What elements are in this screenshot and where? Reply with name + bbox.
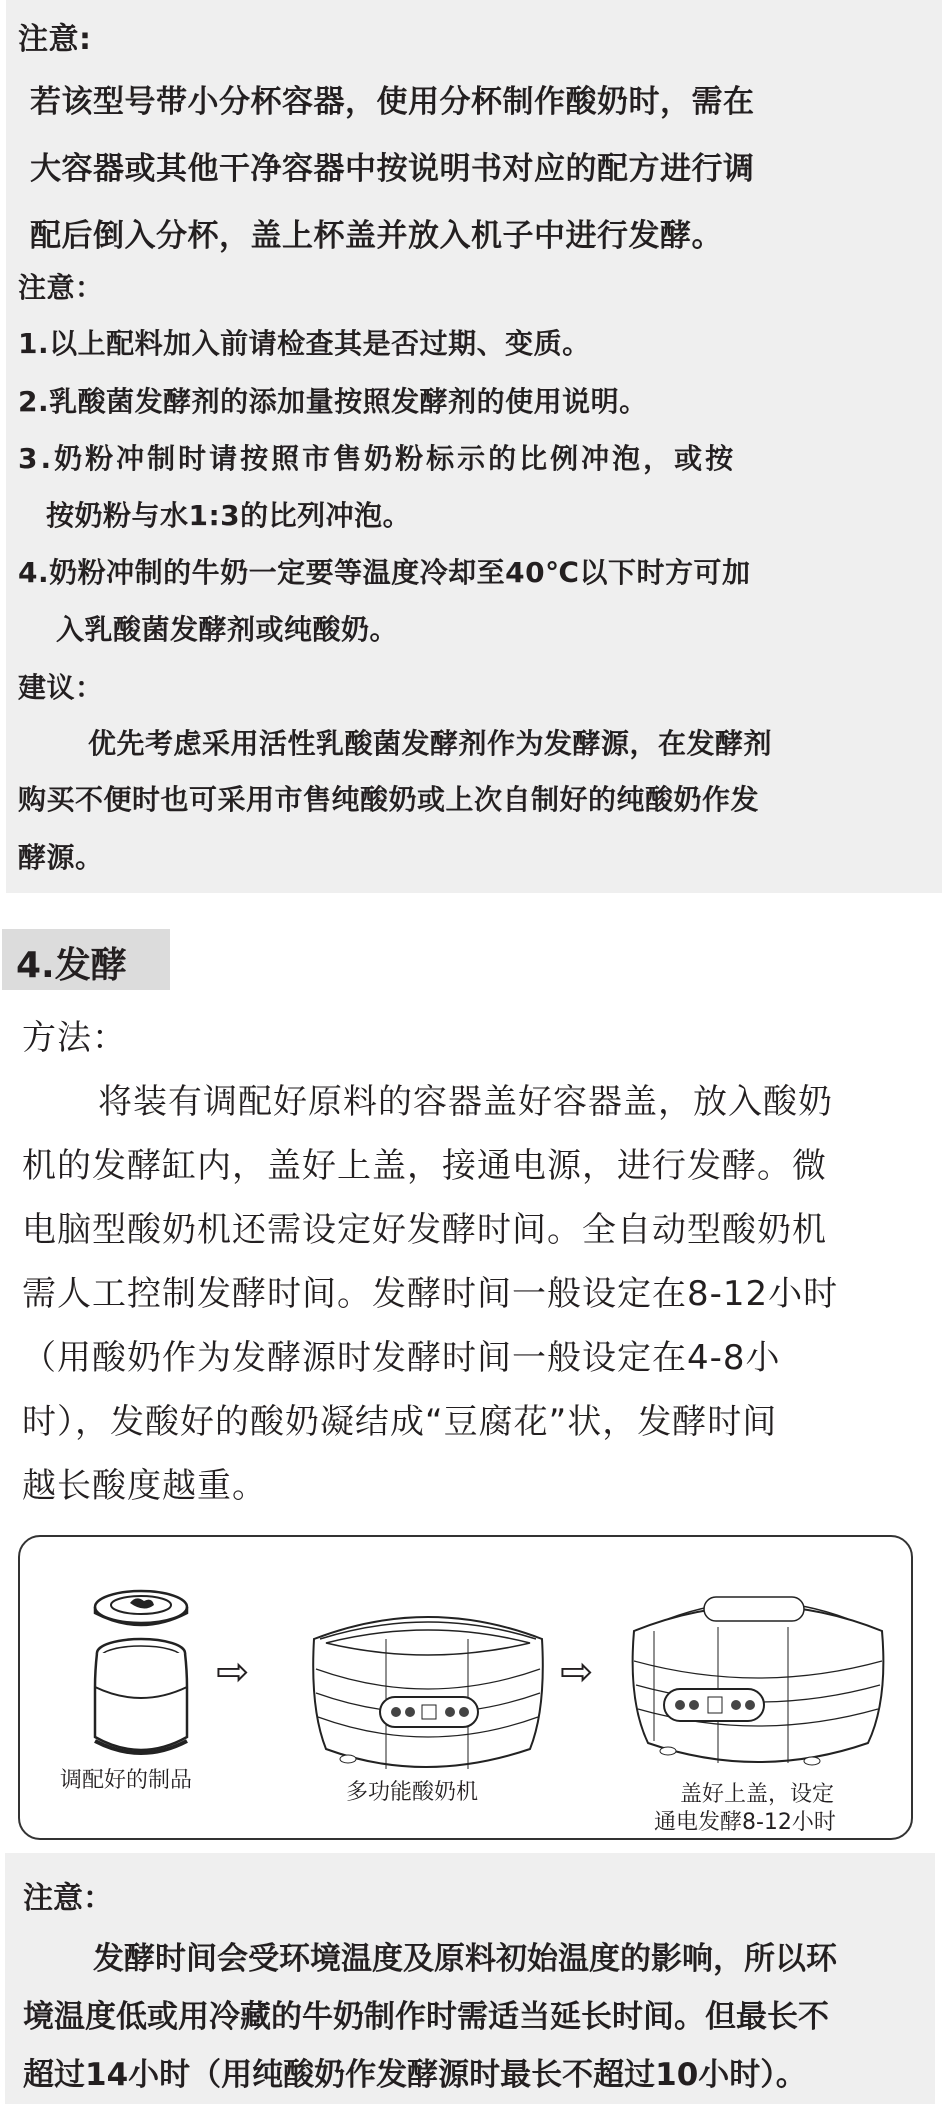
method-line: 机的发酵缸内，盖好上盖，接通电源，进行发酵。微 xyxy=(22,1138,827,1187)
note-subtitle: 注意： xyxy=(18,266,104,306)
bottom-note-line: 发酵时间会受环境温度及原料初始温度的影响，所以环 xyxy=(93,1933,837,1978)
top-note-box: 注意: 若该型号带小分杯容器，使用分杯制作酸奶时，需在 大容器或其他干净容器中按… xyxy=(6,0,942,893)
step2-caption: 多功能酸奶机 xyxy=(346,1775,478,1806)
step1-caption: 调配好的制品 xyxy=(60,1763,192,1794)
suggestion-title: 建议： xyxy=(18,666,104,706)
bottom-note-title: 注意： xyxy=(23,1873,113,1917)
note-paragraph-line: 若该型号带小分杯容器，使用分杯制作酸奶时，需在 xyxy=(30,76,755,121)
method-line: 将装有调配好原料的容器盖好容器盖，放入酸奶 xyxy=(98,1074,833,1123)
bottom-note-line: 超过14小时（用纯酸奶作发酵源时最长不超过10小时）。 xyxy=(23,2049,807,2094)
step3-caption-line1: 盖好上盖，设定 xyxy=(680,1777,834,1808)
note-item-continued: 按奶粉与水1:3的比列冲泡。 xyxy=(46,494,411,534)
method-line: 电脑型酸奶机还需设定好发酵时间。全自动型酸奶机 xyxy=(22,1202,827,1251)
suggestion-line: 购买不便时也可采用市售纯酸奶或上次自制好的纯酸奶作发 xyxy=(18,778,759,818)
method-line: 时），发酸好的酸奶凝结成“豆腐花”状，发酵时间 xyxy=(22,1394,777,1443)
arrow-icon: ⇨ xyxy=(216,1652,250,1692)
section-heading-text: 4.发酵 xyxy=(16,937,127,988)
step3-caption-line2: 通电发酵8-12小时 xyxy=(654,1805,836,1836)
jar-icon xyxy=(86,1585,196,1765)
note-item-continued: 入乳酸菌发酵剂或纯酸奶。 xyxy=(56,608,398,648)
suggestion-line: 优先考虑采用活性乳酸菌发酵剂作为发酵源，在发酵剂 xyxy=(88,722,772,762)
bottom-note-line: 境温度低或用冷藏的牛奶制作时需适当延长时间。但最长不 xyxy=(23,1991,829,2036)
suggestion-line: 酵源。 xyxy=(18,836,104,876)
note-paragraph-line: 配后倒入分杯，盖上杯盖并放入机子中进行发酵。 xyxy=(30,210,723,255)
yogurt-machine-closed-icon xyxy=(628,1591,888,1771)
yogurt-machine-open-icon xyxy=(308,1599,548,1779)
method-label: 方法： xyxy=(22,1010,127,1059)
note-title: 注意: xyxy=(18,14,92,58)
method-line: 越长酸度越重。 xyxy=(22,1458,267,1507)
method-line: 需人工控制发酵时间。发酵时间一般设定在8-12小时 xyxy=(22,1266,838,1315)
method-line: （用酸奶作为发酵源时发酵时间一般设定在4-8小 xyxy=(22,1330,781,1379)
section-heading: 4.发酵 xyxy=(2,929,170,990)
bottom-note-box: 注意： 发酵时间会受环境温度及原料初始温度的影响，所以环 境温度低或用冷藏的牛奶… xyxy=(5,1853,935,2104)
process-illustration: ⇨ ⇨ 调配好的制品 多功能酸奶机 盖好上盖，设定 通电发酵8-12小时 xyxy=(18,1535,913,1840)
arrow-icon: ⇨ xyxy=(560,1652,594,1692)
note-item: 4.奶粉冲制的牛奶一定要等温度冷却至40℃以下时方可加 xyxy=(18,551,751,591)
note-paragraph-line: 大容器或其他干净容器中按说明书对应的配方进行调 xyxy=(30,143,755,188)
note-item: 1.以上配料加入前请检查其是否过期、变质。 xyxy=(18,322,591,362)
note-item: 3.奶粉冲制时请按照市售奶粉标示的比例冲泡，或按 xyxy=(18,437,736,477)
note-item: 2.乳酸菌发酵剂的添加量按照发酵剂的使用说明。 xyxy=(18,380,648,420)
